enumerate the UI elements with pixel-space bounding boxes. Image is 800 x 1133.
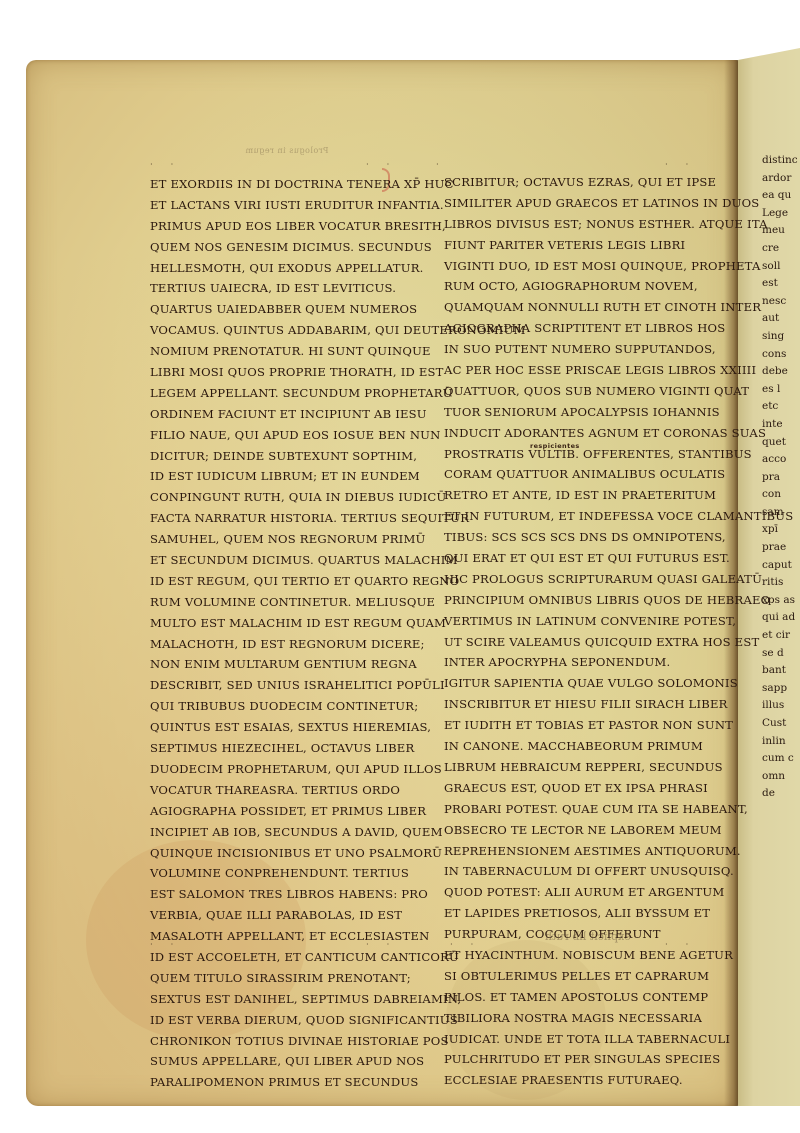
manuscript-line: pulchritudo et per singulas species [444,1049,793,1070]
manuscript-line: quattuor, quos sub numero viginti quat [444,381,793,402]
facing-page-line: distinc [762,152,800,170]
manuscript-line: reprehensionem aestimes antiquorum. [444,841,793,862]
manuscript-line: Igitur sapientia quae vulgo solomonis [444,673,793,694]
manuscript-line: viginti duo, id est mosi quinque, prophe… [444,256,793,277]
manuscript-line: probari potest. Quae cum ita se habeant, [444,799,793,820]
manuscript-line: prostratis vultib. offerentes, stantibus [444,444,793,465]
manuscript-line: inducit adorantes agnum et coronas suas [444,423,793,444]
manuscript-line: librum hebraicum repperi, secundus [444,757,793,778]
manuscript-line: inscribitur et hiesu filii sirach liber [444,694,793,715]
manuscript-line: qui erat et qui est et qui futurus est. [444,548,793,569]
manuscript-line: et hyacinthum. Nobiscum bene agetur [444,945,793,966]
manuscript-line: tibiliora nostra magis necessaria [444,1008,793,1029]
manuscript-line: retro et ante, id est in praeteritum [444,485,793,506]
manuscript-line: obsecro te lector ne laborem meum [444,820,793,841]
running-head-show-through: Prologus in regum [245,146,329,155]
manuscript-line: principium omnibus libris quos de hebrae… [444,590,793,611]
explicit-show-through: explicit lib ruth [545,930,631,943]
manuscript-line: In tabernaculum di offert unusquisq. [444,861,793,882]
pricking-dots: · · [665,160,696,169]
manuscript-line: fiunt pariter veteris legis libri [444,235,793,256]
manuscript-line: inter apocrypha seponendum. [444,652,793,673]
text-column-right: scribitur; octavus ezras, qui et ipsesim… [444,172,793,1091]
manuscript-line: ac per hoc esse priscae legis libros xxi… [444,360,793,381]
manuscript-line: scribitur; octavus ezras, qui et ipse [444,172,793,193]
manuscript-line: in canone. Macchabeorum primum [444,736,793,757]
manuscript-line: coram quattuor animalibus oculatis [444,464,793,485]
manuscript-line: et in futurum, et indefessa voce clamant… [444,506,793,527]
manuscript-line: et iudith et tobias et pastor non sunt [444,715,793,736]
pricking-dots: · · [366,160,397,169]
manuscript-line: Hic prologus scripturarum quasi galeatū [444,569,793,590]
pricking-dots: · · [150,160,181,169]
manuscript-line: similiter apud graecos et latinos in duo… [444,193,793,214]
manuscript-line: si obtulerimus pelles et caprarum [444,966,793,987]
manuscript-line: in suo putent numero supputandos, [444,339,793,360]
manuscript-line: pilos. Et tamen apostolus contemp [444,987,793,1008]
manuscript-line: tuor seniorum apocalypsis iohannis [444,402,793,423]
manuscript-line: vertimus in latinum convenire potest, [444,611,793,632]
manuscript-line: et lapides pretiosos, alii byssum et [444,903,793,924]
manuscript-line: tibus: scs scs scs dns ds omnipotens, [444,527,793,548]
manuscript-line: ecclesiae praesentis futuraeq. [444,1070,793,1091]
manuscript-line: ut scire valeamus quicquid extra hos est [444,632,793,653]
manuscript-line: iudicat. Unde et tota illa tabernaculi [444,1029,793,1050]
manuscript-line: rum octo, agiographorum novem, [444,276,793,297]
manuscript-line: quod potest: alii aurum et argentum [444,882,793,903]
manuscript-line: graecus est, quod et ex ipsa phrasi [444,778,793,799]
manuscript-line: libros divisus est; nonus esther. Atque … [444,214,793,235]
manuscript-line: quamquam nonnulli ruth et cinoth inter [444,297,793,318]
manuscript-photo: distincardorea quLegemeucresollestnescau… [0,0,800,1133]
manuscript-line: agiographa scriptitent et libros hos [444,318,793,339]
pricking-dots: · [436,160,447,169]
interlinear-gloss: respicientes [530,442,580,450]
